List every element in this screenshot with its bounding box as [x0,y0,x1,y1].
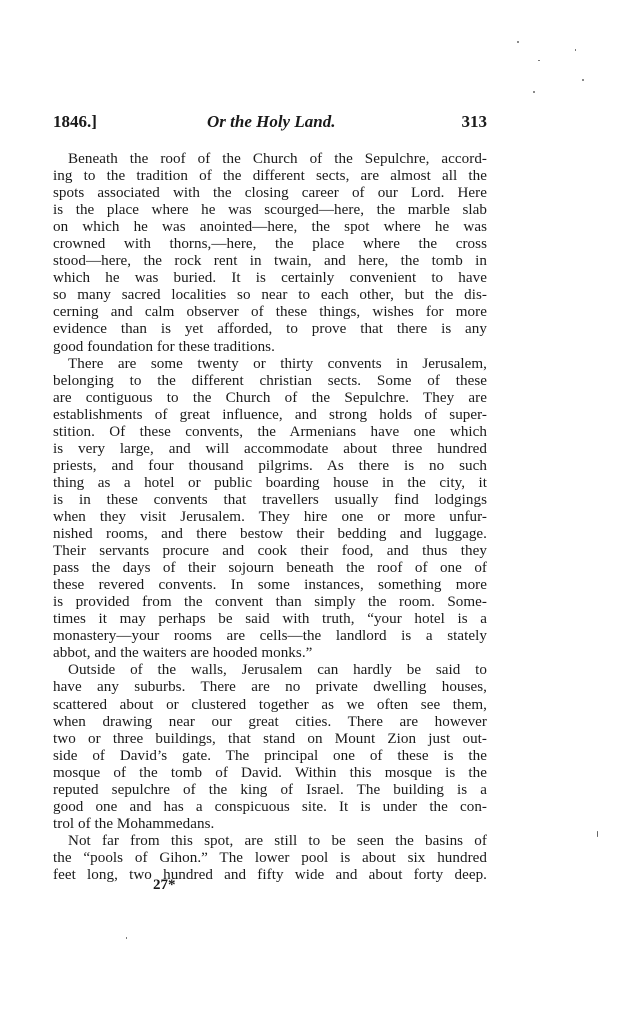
text-line: There are some twenty or thirty convents… [53,356,487,373]
text-line: feet long, two hundred and fifty wide an… [53,867,487,884]
text-line: is very large, and will accommodate abou… [53,441,487,458]
text-line: pass the days of their sojourn beneath t… [53,560,487,577]
text-line: stood—here, the rock rent in twain, and … [53,253,487,270]
text-line: priests, and four thousand pilgrims. As … [53,458,487,475]
scan-speck [575,49,576,51]
paragraph-outside-walls: Outside of the walls, Jerusalem can hard… [53,662,487,832]
text-line: is in these convents that travellers usu… [53,492,487,509]
text-line: thing as a hotel or public boarding hous… [53,475,487,492]
text-line: cerning and calm observer of these thing… [53,304,487,321]
text-line: on which he was anointed—here, the spot … [53,219,487,236]
body-text: Beneath the roof of the Church of the Se… [53,151,487,884]
text-line: side of David’s gate. The principal one … [53,748,487,765]
text-line: evidence than is yet afforded, to prove … [53,321,487,338]
text-line: which he was buried. It is certainly con… [53,270,487,287]
text-line: reputed sepulchre of the king of Israel.… [53,782,487,799]
text-line: monastery—your rooms are cells—the landl… [53,628,487,645]
page-number: 313 [462,112,488,132]
running-head: 1846.] Or the Holy Land. 313 [53,112,487,134]
text-line: ing to the tradition of the different se… [53,168,487,185]
text-line: good one and has a conspicuous site. It … [53,799,487,816]
text-line: when drawing near our great cities. Ther… [53,714,487,731]
text-line: these revered convents. In some instance… [53,577,487,594]
paragraph-church-of-sepulchre: Beneath the roof of the Church of the Se… [53,151,487,356]
scan-speck [126,937,127,939]
text-line: have any suburbs. There are no private d… [53,679,487,696]
scan-speck [582,79,584,81]
text-line: good foundation for these traditions. [53,339,487,356]
text-line: when they visit Jerusalem. They hire one… [53,509,487,526]
text-line: crowned with thorns,—here, the place whe… [53,236,487,253]
text-line: establishments of great influence, and s… [53,407,487,424]
text-line: Beneath the roof of the Church of the Se… [53,151,487,168]
running-head-year: 1846.] [53,112,97,132]
text-line: belonging to the different christian sec… [53,373,487,390]
text-line: stition. Of these convents, the Armenian… [53,424,487,441]
signature-mark: 27* [153,877,176,894]
scan-speck [533,91,535,93]
text-line: is provided from the convent than simply… [53,594,487,611]
scan-speck [517,41,519,43]
scan-speck [538,60,540,61]
text-line: scattered about or clustered together as… [53,697,487,714]
text-line: times it may perhaps be said with truth,… [53,611,487,628]
scan-speck [597,831,598,837]
text-line: so many sacred localities so near to eac… [53,287,487,304]
text-line: mosque of the tomb of David. Within this… [53,765,487,782]
text-line: Not far from this spot, are still to be … [53,833,487,850]
text-line: Their servants procure and cook their fo… [53,543,487,560]
paragraph-pools-of-gihon: Not far from this spot, are still to be … [53,833,487,884]
paragraph-convents: There are some twenty or thirty convents… [53,356,487,663]
text-line: two or three buildings, that stand on Mo… [53,731,487,748]
text-line: the “pools of Gihon.” The lower pool is … [53,850,487,867]
book-page: 1846.] Or the Holy Land. 313 Beneath the… [0,0,624,1035]
running-head-title: Or the Holy Land. [207,112,335,132]
text-line: abbot, and the waiters are hooded monks.… [53,645,487,662]
text-line: spots associated with the closing career… [53,185,487,202]
text-line: are contiguous to the Church of the Sepu… [53,390,487,407]
text-line: Outside of the walls, Jerusalem can hard… [53,662,487,679]
text-line: trol of the Mohammedans. [53,816,487,833]
text-line: nished rooms, and there bestow their bed… [53,526,487,543]
text-line: is the place where he was scourged—here,… [53,202,487,219]
